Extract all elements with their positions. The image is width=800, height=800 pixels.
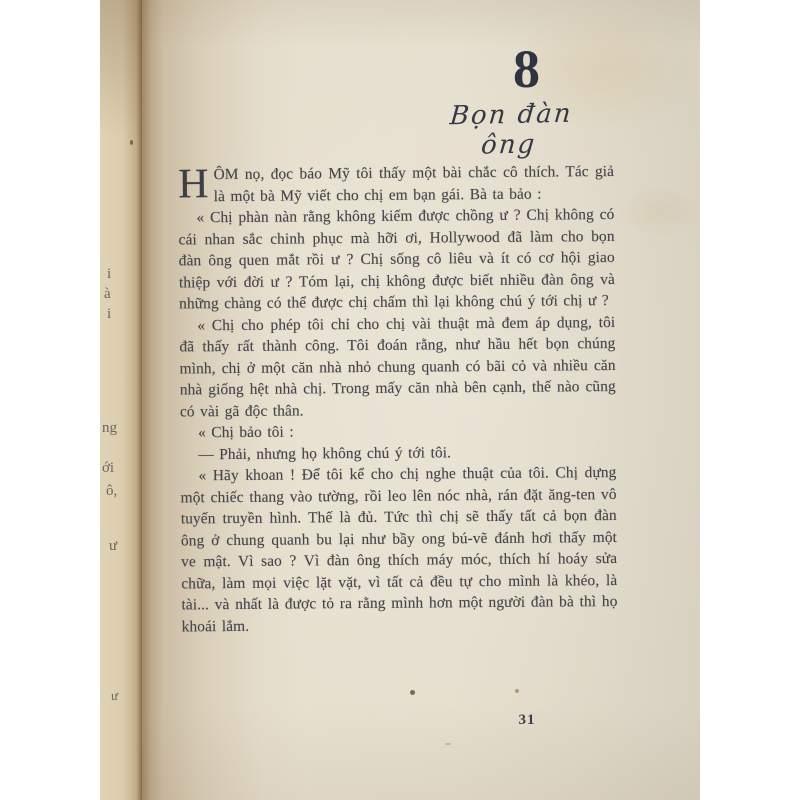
edge-text-fragment: ư (109, 538, 117, 555)
left-page-edge: i à i ng ới ô, ư ư (100, 0, 142, 800)
paragraph: « Chị cho phép tôi chỉ cho chị vài thuật… (179, 311, 616, 422)
paper-speck (445, 743, 451, 745)
edge-text-fragment: ng (102, 420, 117, 437)
book-page-photo: i à i ng ới ô, ư ư 8 Bọn đàn ông HÔM nọ,… (100, 0, 700, 800)
paragraph: « Hãy khoan ! Để tôi kể cho chị nghe thu… (180, 462, 617, 637)
drop-cap: H (178, 164, 214, 202)
paragraph: HÔM nọ, đọc báo Mỹ tôi thấy một bài chắc… (178, 161, 614, 207)
paper-speck (130, 140, 133, 145)
paper-speck (410, 690, 415, 695)
paragraphs: HÔM nọ, đọc báo Mỹ tôi thấy một bài chắc… (178, 161, 618, 637)
edge-text-fragment: ô, (106, 483, 117, 500)
edge-text-fragment: i (107, 266, 111, 283)
page-number: 31 (492, 712, 562, 729)
chapter-title: Bọn đàn ông (417, 98, 602, 162)
edge-text-fragment: à (104, 286, 111, 303)
edge-text-fragment: i (107, 306, 111, 323)
edge-text-fragment: ư (111, 688, 118, 704)
chapter-number: 8 (472, 38, 582, 100)
paper-speck (515, 689, 519, 693)
edge-text-fragment: ới (102, 460, 114, 477)
paragraph: « Chị phàn nàn rằng không kiếm được chồn… (178, 204, 615, 315)
